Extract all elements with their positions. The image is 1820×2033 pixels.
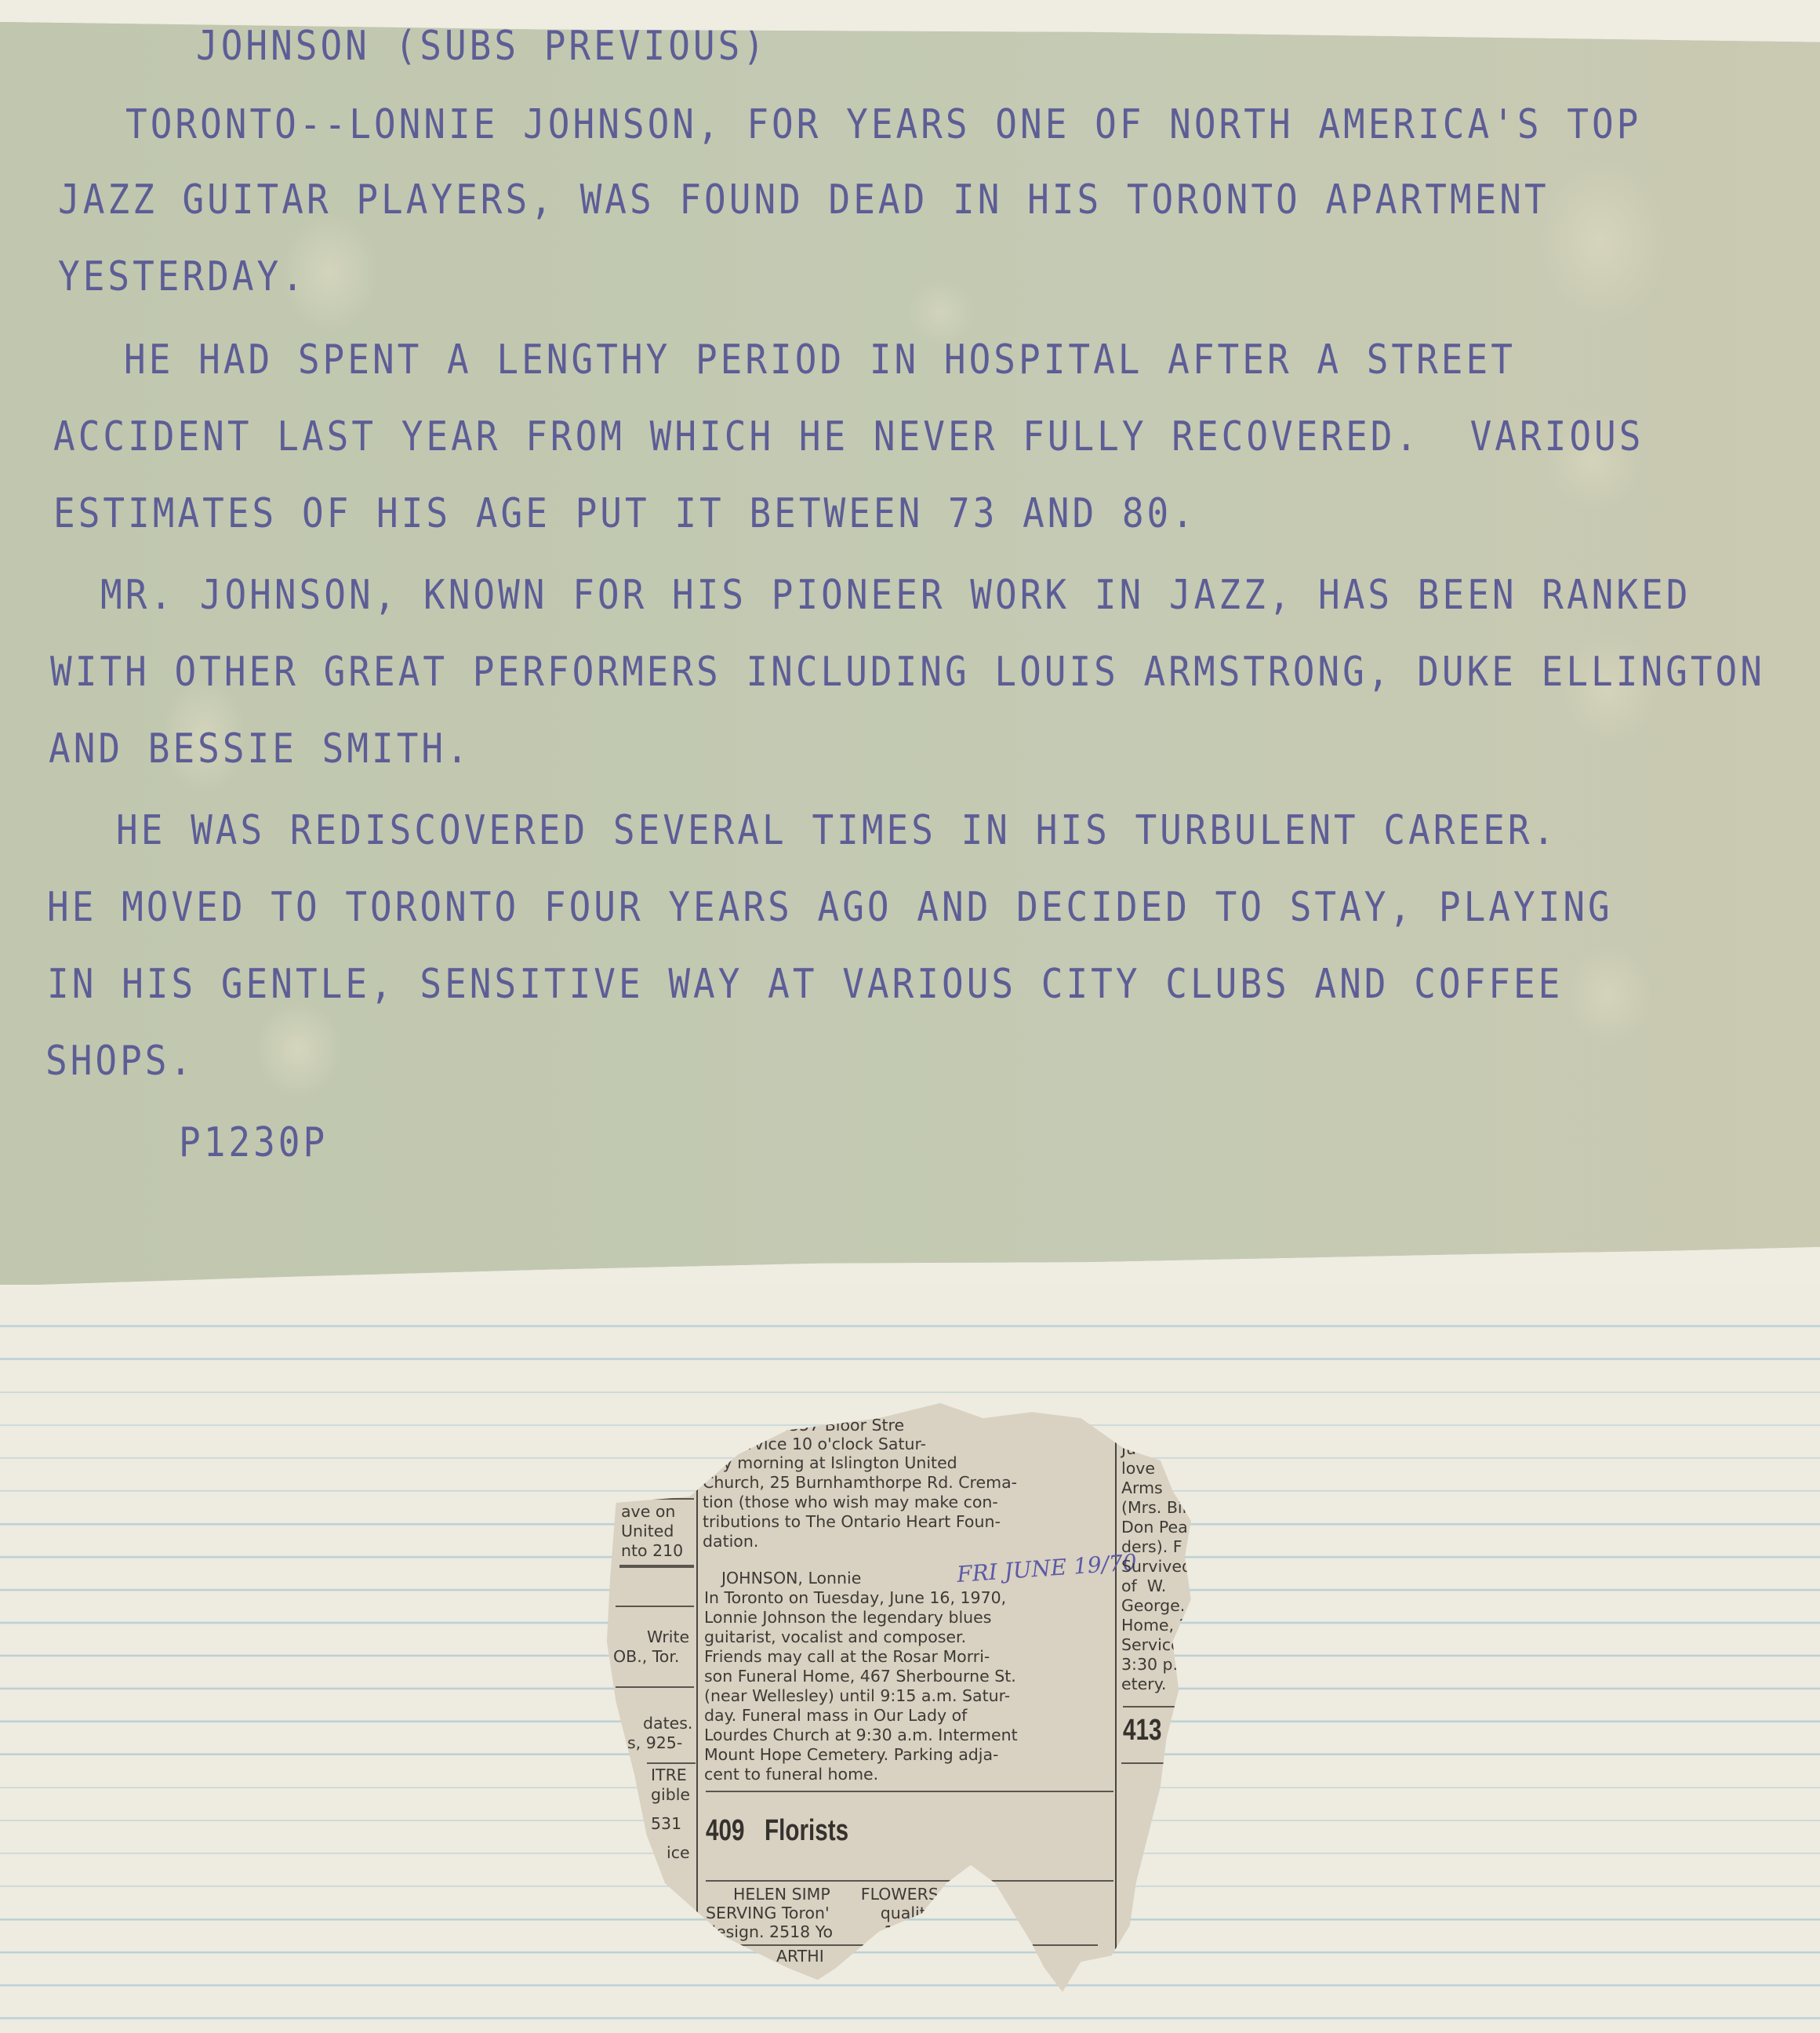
telex-line: WITH OTHER GREAT PERFORMERS INCLUDING LO… [50,648,1765,695]
clipping-fragment: s, 925- [627,1733,682,1754]
telex-line: HE HAD SPENT A LENGTHY PERIOD IN HOSPITA… [124,336,1516,383]
obituary-line: day. Funeral mass in Our Lady of [704,1706,967,1726]
florist-ad-next: ARTHI [776,1947,824,1967]
telex-line: HE MOVED TO TORONTO FOUR YEARS AGO AND D… [47,883,1613,930]
florist-ad-title: HELEN SIMP FLOWERS [733,1885,939,1905]
clipping-fragment: dates. [643,1714,692,1734]
clipping-fragment: ders). F [1121,1537,1182,1558]
telex-line: SHOPS. [45,1037,194,1084]
clipping-fragment: 531 [651,1814,681,1835]
section-number: 409 [706,1814,744,1848]
clipping-text-line: tributions to The Ontario Heart Foun- [703,1512,1001,1533]
telex-line: AND BESSIE SMITH. [49,725,471,772]
telex-line: YESTERDAY. [58,253,307,300]
clipping-fragment: of W. [1121,1577,1166,1597]
telex-sheet: JOHNSON (SUBS PREVIOUS) TORONTO--LONNIE … [0,22,1820,1285]
obituary-line: cent to funeral home. [704,1765,878,1785]
clipping-fragment: etery. [1121,1675,1166,1695]
section-number: 413 [1123,1714,1161,1748]
clipping-fragment: ITRE [651,1766,687,1786]
clipping-fragment: gible [651,1785,690,1806]
column-rule [696,1471,698,1988]
telex-line: IN HIS GENTLE, SENSITIVE WAY AT VARIOUS … [47,960,1563,1007]
divider [616,1606,694,1607]
clipping-fragment: Don Pea [1121,1518,1188,1538]
clipping-text-line: day morning at Islington United [703,1453,957,1474]
clipping-fragment: (Mrs. Bil [1121,1498,1186,1518]
clipping-fragment: George. [1121,1596,1185,1617]
clipping-fragment: Service [1121,1635,1181,1656]
obituary-line: In Toronto on Tuesday, June 16, 1970, [704,1588,1006,1609]
divider [647,1762,696,1764]
clipping-fragment: ice [667,1843,690,1864]
divider [619,1565,694,1568]
telex-line: TORONTO--LONNIE JOHNSON, FOR YEARS ONE O… [125,100,1641,147]
clipping-fragment: love [1121,1459,1155,1479]
clipping-fragment: Survived [1121,1557,1192,1577]
obituary-line: Lonnie Johnson the legendary blues [704,1608,991,1628]
handwritten-date: FRI JUNE 19/70 [956,1549,1138,1587]
clipping-fragment: Write [647,1627,689,1648]
telex-line: MR. JOHNSON, KNOWN FOR HIS PIONEER WORK … [100,571,1691,618]
clipping-fragment: OB., Tor. [613,1647,679,1667]
clipping-fragment: nto 210 [621,1541,683,1562]
clipping-fragment: United [621,1522,674,1542]
obituary-line: Mount Hope Cemetery. Parking adja- [704,1745,998,1766]
section-title: Florists [765,1814,848,1848]
column-rule [1115,1431,1117,1949]
divider [706,1880,1113,1882]
clipping-fragment: Arms [1121,1478,1163,1499]
telex-line: JAZZ GUITAR PLAYERS, WAS FOUND DEAD IN H… [58,176,1549,223]
obituary-line: (near Wellesley) until 9:15 a.m. Satur- [704,1686,1010,1707]
telex-footer-code: P1230P [179,1118,328,1166]
divider [616,1686,694,1688]
clipping-text-line: Church, 25 Burnhamthorpe Rd. Crema- [703,1473,1017,1493]
obituary-name: JOHNSON, Lonnie [721,1569,861,1589]
clipping-text-line: tion (those who wish may make con- [703,1493,998,1513]
telex-line: HE WAS REDISCOVERED SEVERAL TIMES IN HIS… [116,806,1557,853]
obituary-line: guitarist, vocalist and composer. [704,1627,966,1648]
obituary-line: son Funeral Home, 467 Sherbourne St. [704,1667,1016,1687]
telex-line: ACCIDENT LAST YEAR FROM WHICH HE NEVER F… [53,413,1644,460]
obituary-line: Lourdes Church at 9:30 a.m. Interment [704,1726,1018,1746]
divider [1121,1762,1168,1764]
obituary-line: Friends may call at the Rosar Morri- [704,1647,990,1667]
clipping-fragment: ave on [621,1502,675,1522]
clipping-text-line: dation. [703,1532,758,1552]
telex-line: ESTIMATES OF HIS AGE PUT IT BETWEEN 73 A… [53,489,1197,536]
divider [706,1791,1113,1792]
